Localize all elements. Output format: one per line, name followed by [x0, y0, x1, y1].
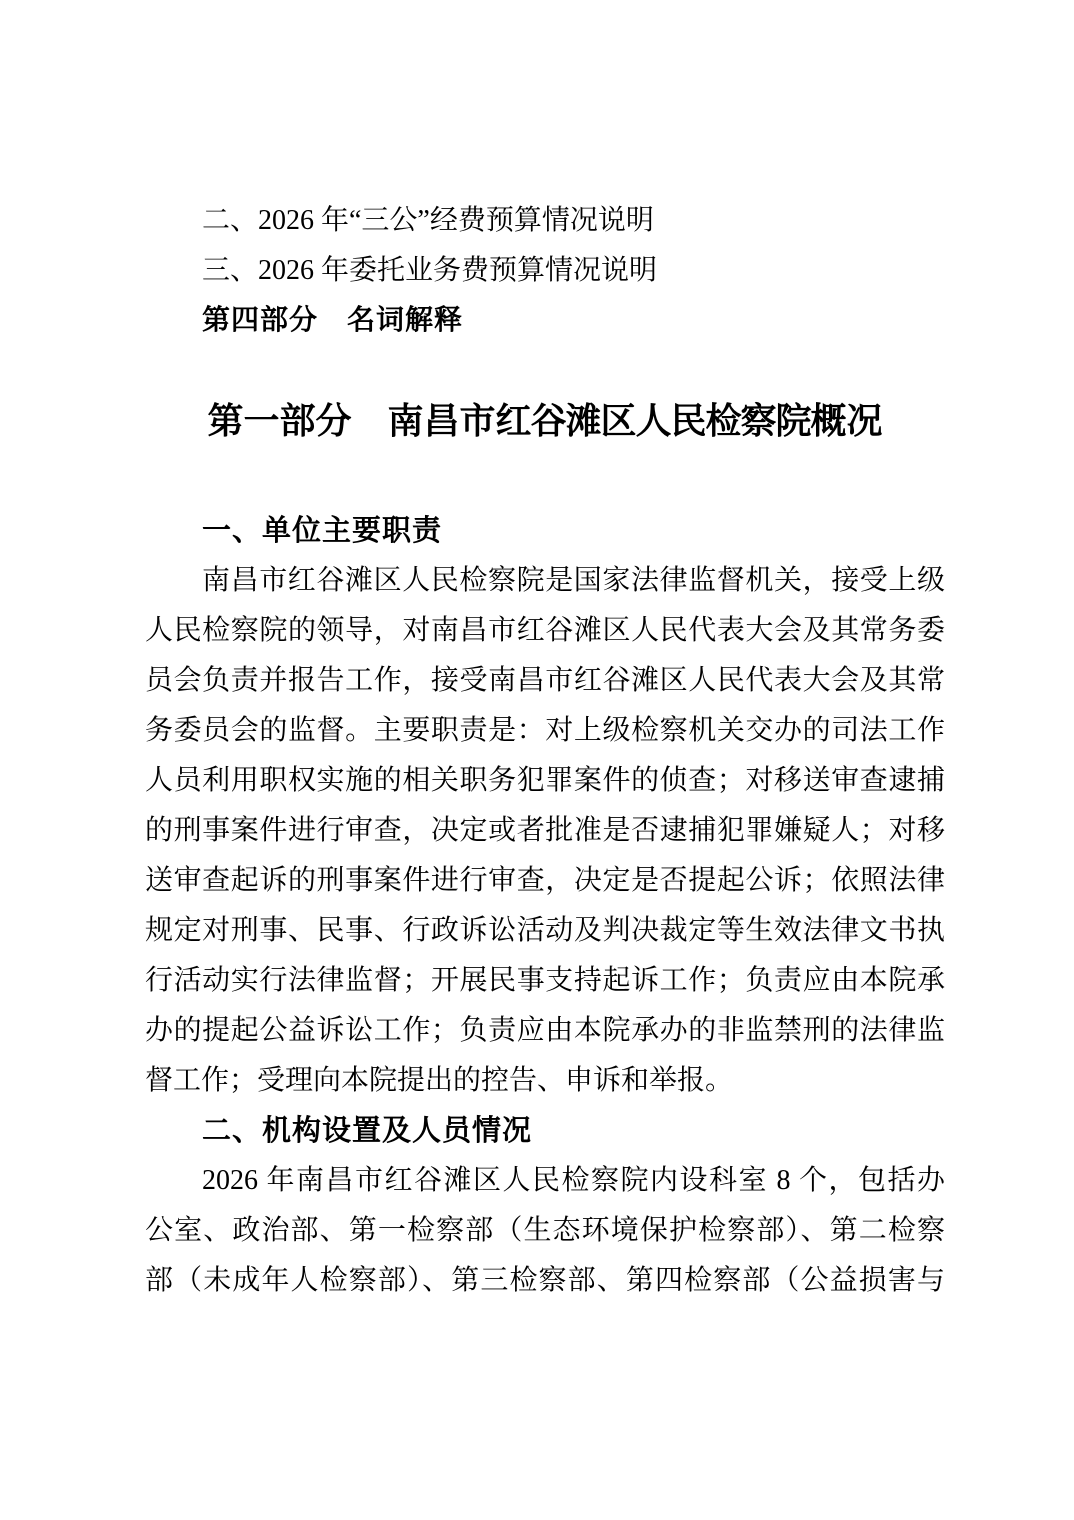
paragraph-line: 人民检察院的领导，对南昌市红谷滩区人民代表大会及其常务委 [145, 606, 945, 656]
part1-heading-emphasis: 红谷滩区人民检察院 [495, 400, 810, 441]
paragraph-line: 2026 年南昌市红谷滩区人民检察院内设科室 8 个，包括办 [145, 1156, 945, 1206]
paragraph-line: 行活动实行法律监督；开展民事支持起诉工作；负责应由本院承 [145, 956, 945, 1006]
toc-part4-heading: 第四部分 名词解释 [145, 296, 945, 346]
paragraph-line: 务委员会的监督。主要职责是：对上级检察机关交办的司法工作 [145, 706, 945, 756]
section1-heading: 一、单位主要职责 [145, 506, 945, 556]
paragraph-line: 的刑事案件进行审查，决定或者批准是否逮捕犯罪嫌疑人；对移 [145, 806, 945, 856]
toc-item-2: 二、2026 年“三公”经费预算情况说明 [145, 196, 945, 246]
paragraph-line: 督工作；受理向本院提出的控告、申诉和举报。 [145, 1056, 945, 1106]
part1-heading-pre: 第一部分 南昌市 [207, 401, 495, 441]
toc-item-3: 三、2026 年委托业务费预算情况说明 [145, 246, 945, 296]
paragraph-line: 规定对刑事、民事、行政诉讼活动及判决裁定等生效法律文书执 [145, 906, 945, 956]
paragraph-line: 送审查起诉的刑事案件进行审查，决定是否提起公诉；依照法律 [145, 856, 945, 906]
part1-heading-post: 概况 [811, 401, 883, 441]
paragraph-line: 公室、政治部、第一检察部（生态环境保护检察部）、第二检察 [145, 1206, 945, 1256]
page-content: 二、2026 年“三公”经费预算情况说明 三、2026 年委托业务费预算情况说明… [145, 196, 945, 1306]
paragraph-line: 人员利用职权实施的相关职务犯罪案件的侦查；对移送审查逮捕 [145, 756, 945, 806]
section2-heading: 二、机构设置及人员情况 [145, 1106, 945, 1156]
paragraph-line: 员会负责并报告工作，接受南昌市红谷滩区人民代表大会及其常 [145, 656, 945, 706]
document-page: { "document": { "toc": { "item2": "二、202… [0, 0, 1074, 1520]
paragraph-line: 部（未成年人检察部）、第三检察部、第四检察部（公益损害与 [145, 1256, 945, 1306]
part1-heading: 第一部分 南昌市红谷滩区人民检察院概况 [145, 396, 945, 446]
paragraph-line: 办的提起公益诉讼工作；负责应由本院承办的非监禁刑的法律监 [145, 1006, 945, 1056]
paragraph-line: 南昌市红谷滩区人民检察院是国家法律监督机关，接受上级 [145, 556, 945, 606]
